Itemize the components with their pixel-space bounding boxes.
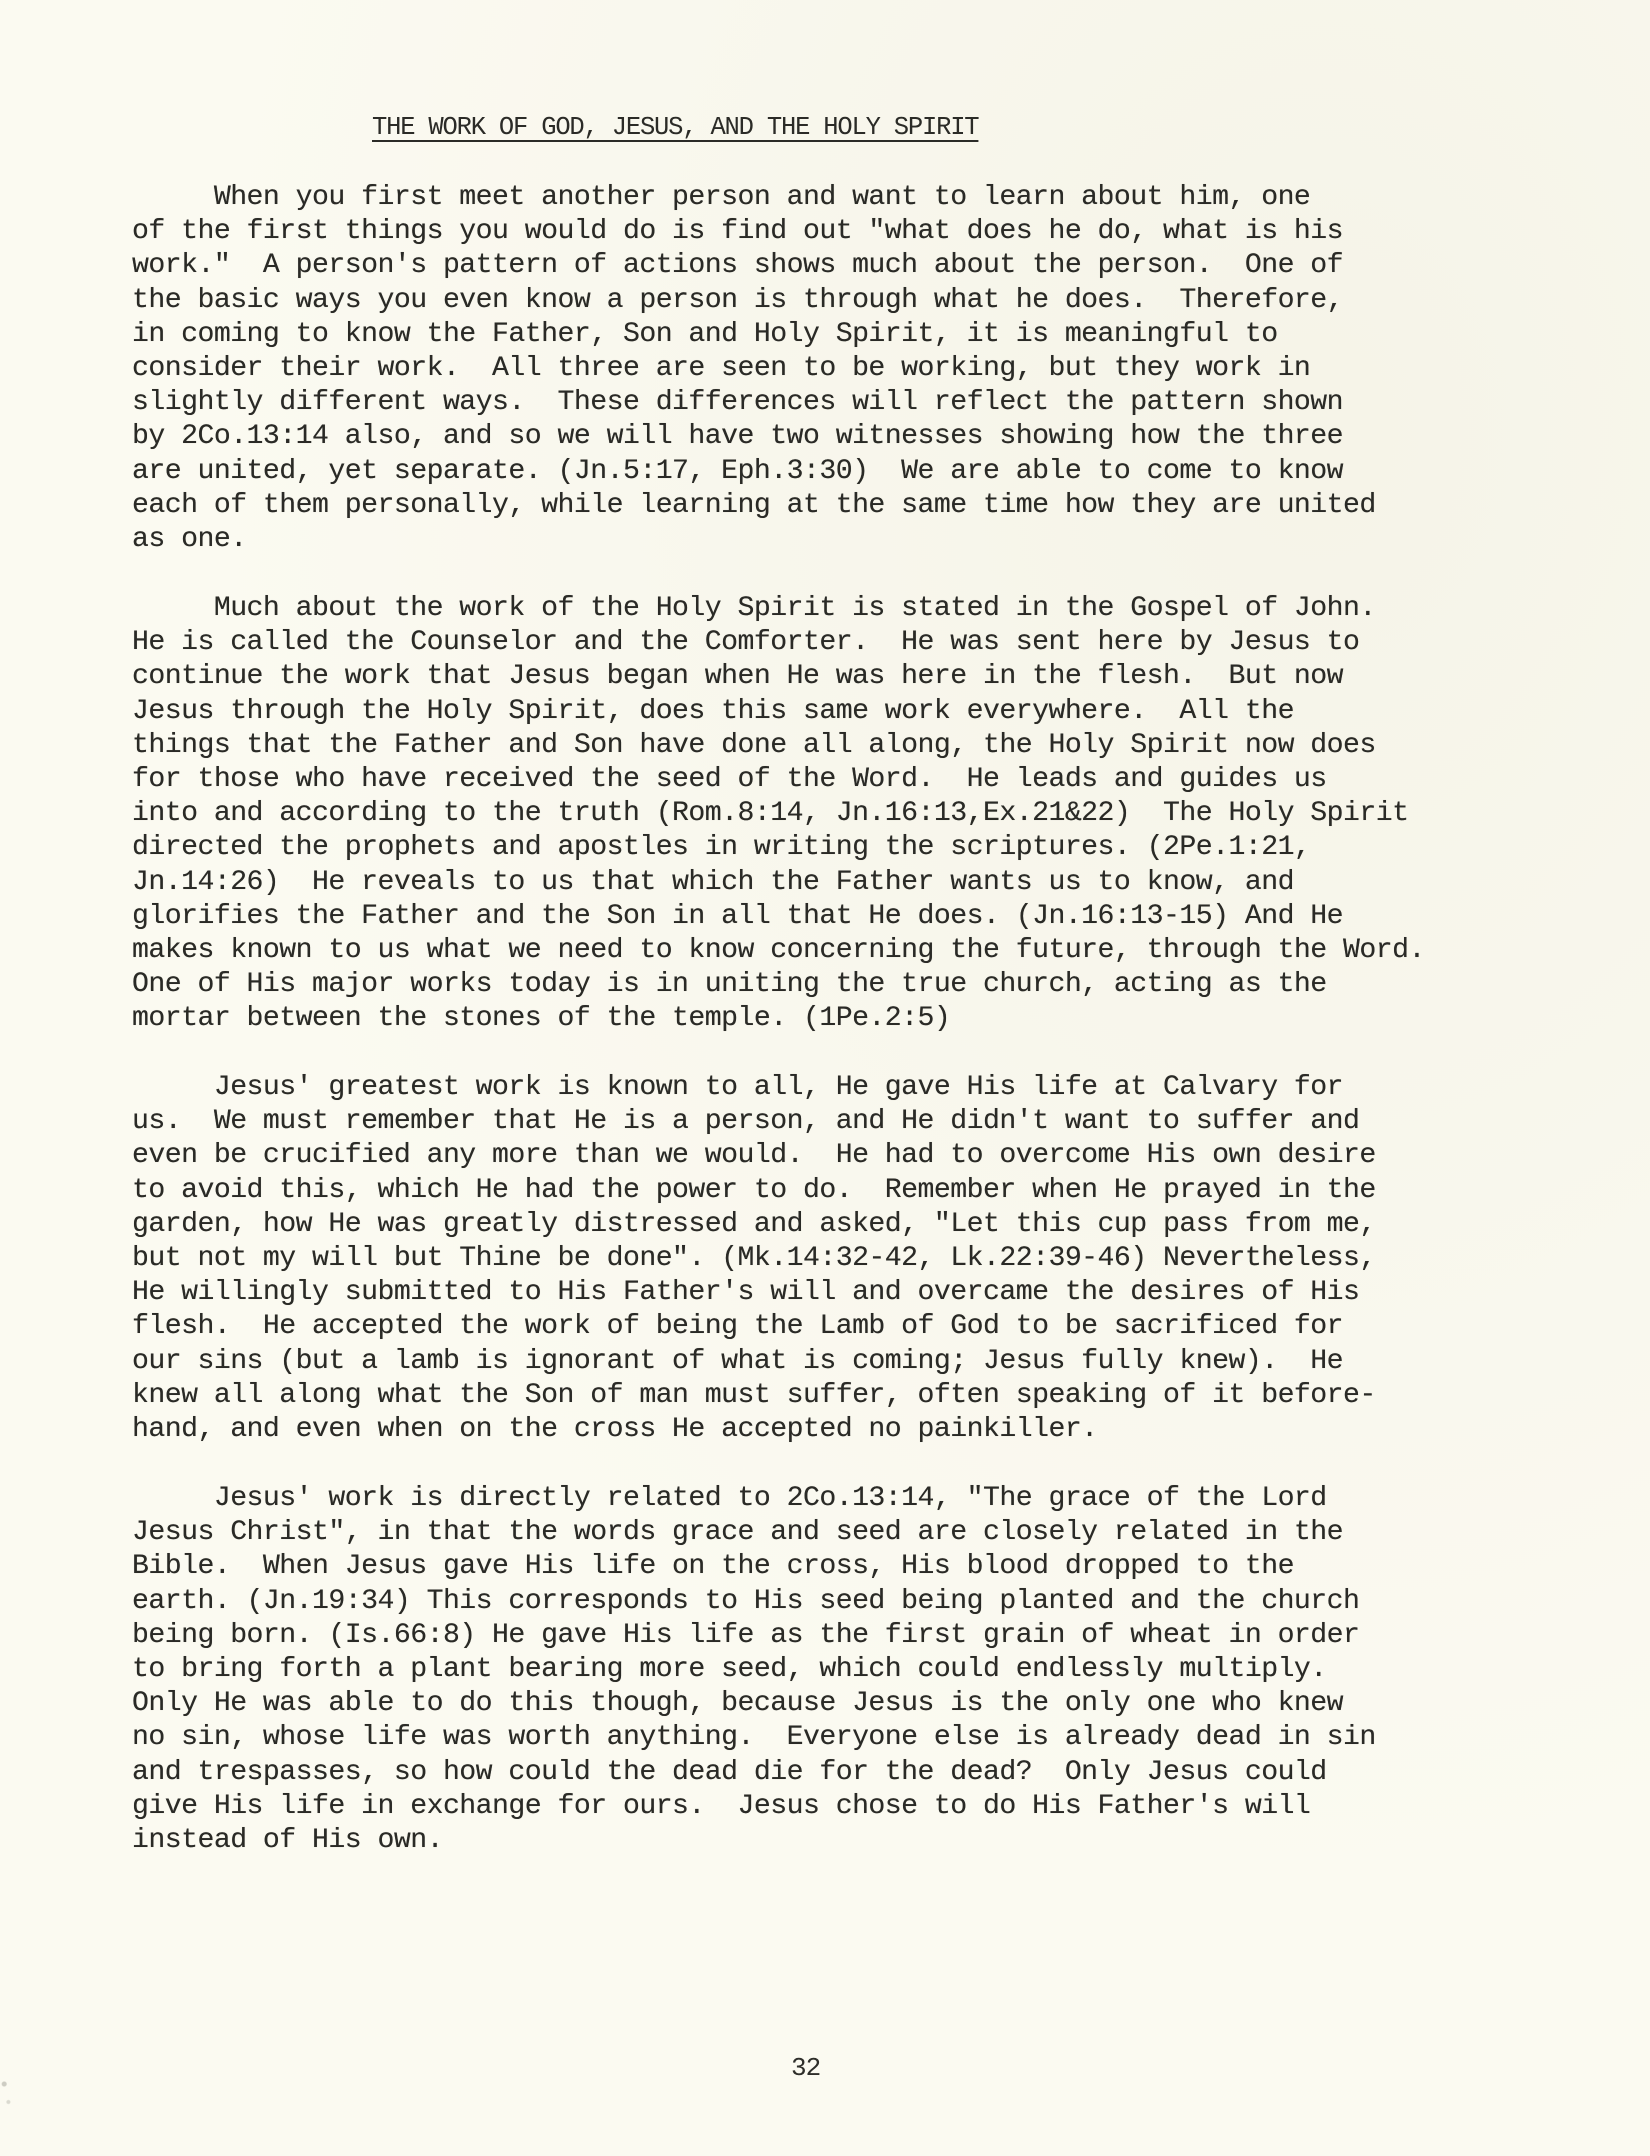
text-line: in coming to know the Father, Son and Ho… xyxy=(132,318,1532,352)
text-line: work." A person's pattern of actions sho… xyxy=(132,249,1532,283)
text-line: the basic ways you even know a person is… xyxy=(132,284,1532,318)
page-number: 32 xyxy=(791,2053,820,2083)
text-line: to bring forth a plant bearing more seed… xyxy=(132,1653,1532,1687)
text-line: for those who have received the seed of … xyxy=(132,763,1532,797)
text-line: glorifies the Father and the Son in all … xyxy=(132,900,1532,934)
text-line: One of His major works today is in uniti… xyxy=(132,968,1532,1002)
text-line: directed the prophets and apostles in wr… xyxy=(132,831,1532,865)
text-line: Jesus' greatest work is known to all, He… xyxy=(132,1071,1532,1105)
text-line: into and according to the truth (Rom.8:1… xyxy=(132,797,1532,831)
text-line: and trespasses, so how could the dead di… xyxy=(132,1756,1532,1790)
text-line: but not my will but Thine be done". (Mk.… xyxy=(132,1242,1532,1276)
text-line: even be crucified any more than we would… xyxy=(132,1139,1532,1173)
text-line: When you first meet another person and w… xyxy=(132,181,1532,215)
text-line: as one. xyxy=(132,523,1532,557)
text-line: to avoid this, which He had the power to… xyxy=(132,1174,1532,1208)
text-line: Only He was able to do this though, beca… xyxy=(132,1687,1532,1721)
text-line: things that the Father and Son have done… xyxy=(132,729,1532,763)
text-line: makes known to us what we need to know c… xyxy=(132,934,1532,968)
paragraph-1: When you first meet another person and w… xyxy=(132,181,1532,557)
text-line: consider their work. All three are seen … xyxy=(132,352,1532,386)
text-line: no sin, whose life was worth anything. E… xyxy=(132,1721,1532,1755)
text-line: by 2Co.13:14 also, and so we will have t… xyxy=(132,420,1532,454)
text-line: our sins (but a lamb is ignorant of what… xyxy=(132,1345,1532,1379)
paragraph-2: Much about the work of the Holy Spirit i… xyxy=(132,592,1532,1036)
text-line: earth. (Jn.19:34) This corresponds to Hi… xyxy=(132,1585,1532,1619)
document-page: THE WORK OF GOD, JESUS, AND THE HOLY SPI… xyxy=(0,0,1650,2156)
text-line: Jn.14:26) He reveals to us that which th… xyxy=(132,866,1532,900)
text-line: knew all along what the Son of man must … xyxy=(132,1379,1532,1413)
scan-speckle xyxy=(0,2060,14,2120)
text-line: each of them personally, while learning … xyxy=(132,489,1532,523)
paragraph-3: Jesus' greatest work is known to all, He… xyxy=(132,1071,1532,1447)
text-line: slightly different ways. These differenc… xyxy=(132,386,1532,420)
text-line: give His life in exchange for ours. Jesu… xyxy=(132,1790,1532,1824)
text-line: garden, how He was greatly distressed an… xyxy=(132,1208,1532,1242)
text-line: Bible. When Jesus gave His life on the c… xyxy=(132,1550,1532,1584)
text-line: of the first things you would do is find… xyxy=(132,215,1532,249)
text-line: flesh. He accepted the work of being the… xyxy=(132,1310,1532,1344)
text-line: Much about the work of the Holy Spirit i… xyxy=(132,592,1532,626)
text-line: mortar between the stones of the temple.… xyxy=(132,1002,1532,1036)
text-line: He is called the Counselor and the Comfo… xyxy=(132,626,1532,660)
text-line: Jesus' work is directly related to 2Co.1… xyxy=(132,1482,1532,1516)
text-line: us. We must remember that He is a person… xyxy=(132,1105,1532,1139)
text-line: instead of His own. xyxy=(132,1824,1532,1858)
document-title: THE WORK OF GOD, JESUS, AND THE HOLY SPI… xyxy=(372,113,978,143)
paragraph-4: Jesus' work is directly related to 2Co.1… xyxy=(132,1482,1532,1858)
text-line: continue the work that Jesus began when … xyxy=(132,660,1532,694)
text-line: Jesus Christ", in that the words grace a… xyxy=(132,1516,1532,1550)
text-line: hand, and even when on the cross He acce… xyxy=(132,1413,1532,1447)
text-line: Jesus through the Holy Spirit, does this… xyxy=(132,695,1532,729)
text-line: being born. (Is.66:8) He gave His life a… xyxy=(132,1619,1532,1653)
text-line: He willingly submitted to His Father's w… xyxy=(132,1276,1532,1310)
text-line: are united, yet separate. (Jn.5:17, Eph.… xyxy=(132,455,1532,489)
